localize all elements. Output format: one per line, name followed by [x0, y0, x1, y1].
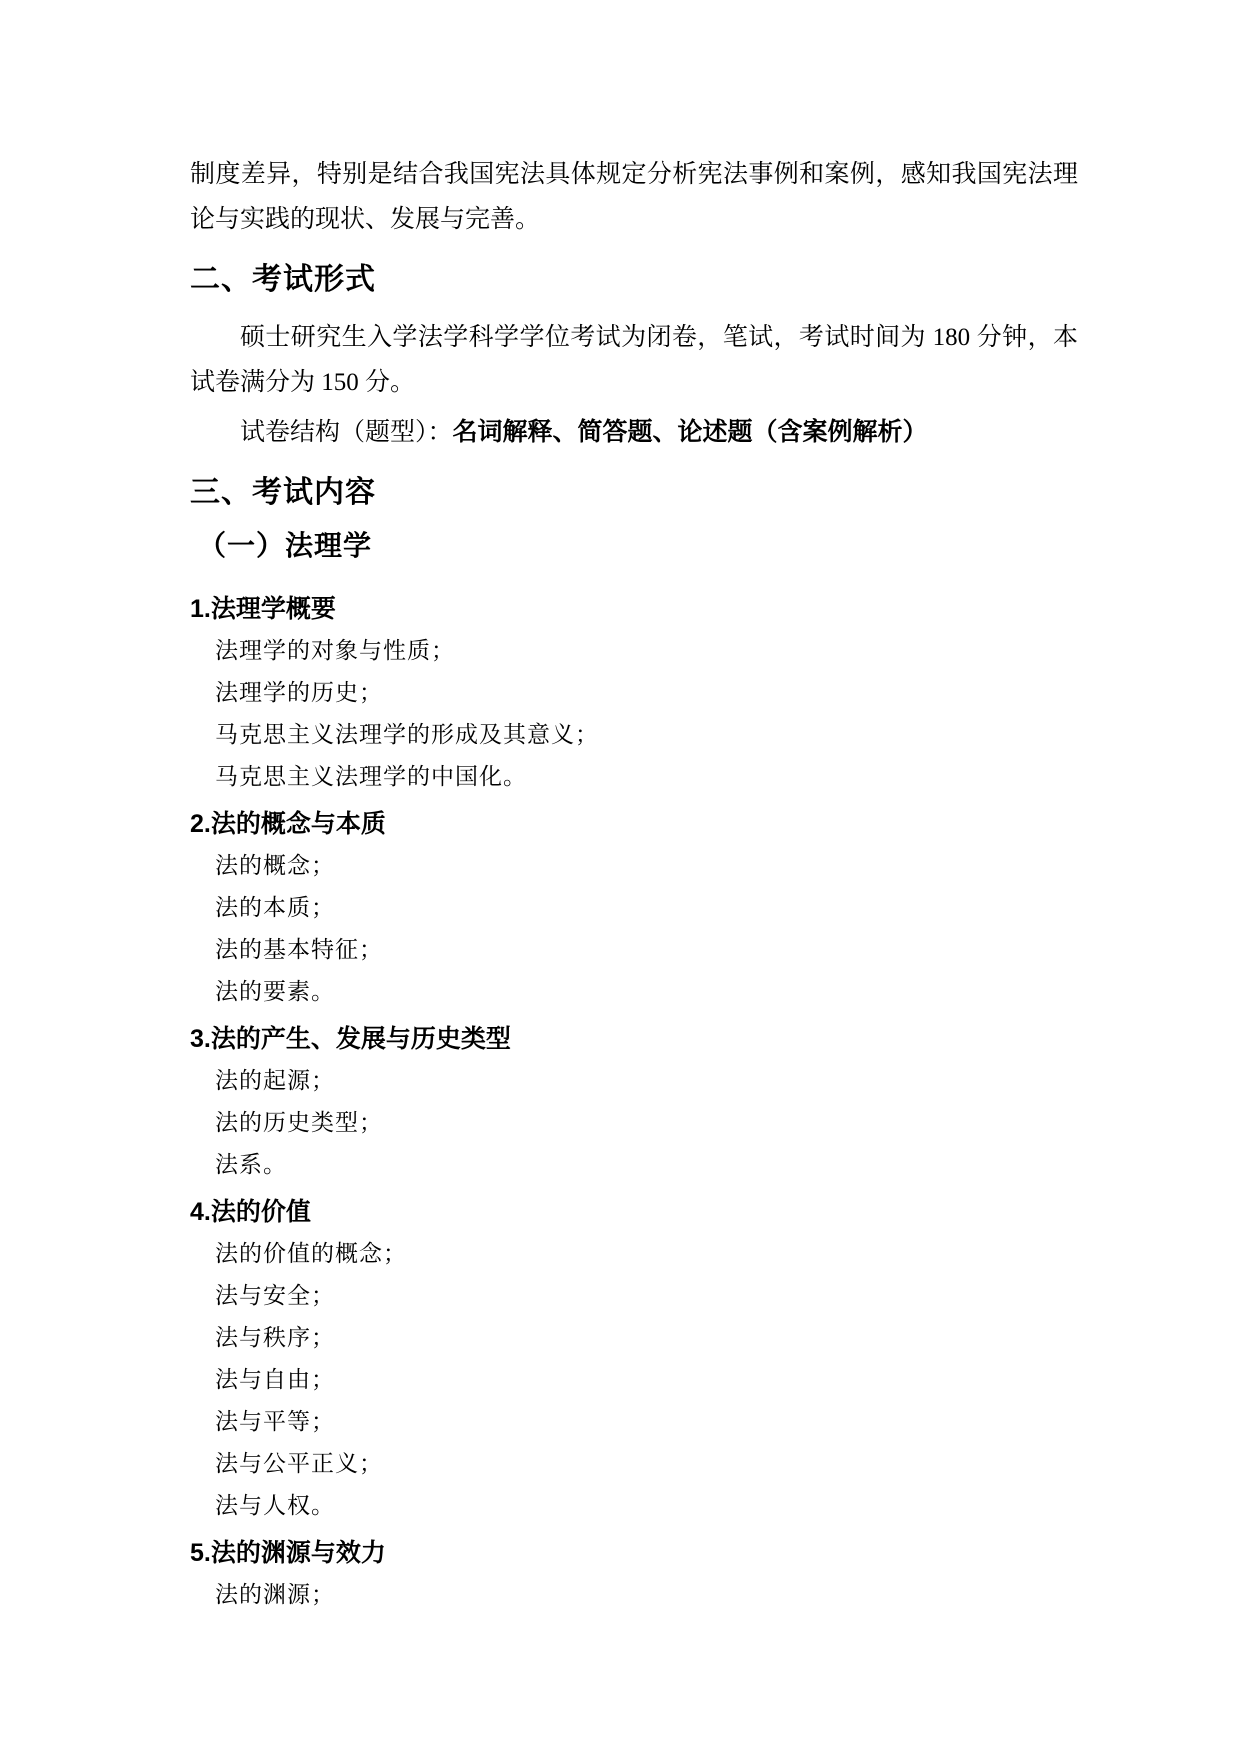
topic-section: 1.法理学概要 法理学的对象与性质；法理学的历史；马克思主义法理学的形成及其意义…	[190, 588, 1078, 798]
topic-item: 法系。	[190, 1144, 1078, 1186]
topic-items: 法的渊源；	[190, 1574, 1078, 1616]
topic-item: 法的本质；	[190, 887, 1078, 929]
topic-item: 法的起源；	[190, 1060, 1078, 1102]
topic-items: 法的概念；法的本质；法的基本特征；法的要素。	[190, 845, 1078, 1013]
topic-item: 法与安全；	[190, 1275, 1078, 1317]
topic-title: 5.法的渊源与效力	[190, 1532, 1078, 1574]
topic-item: 法的要素。	[190, 971, 1078, 1013]
topic-item: 法与公平正义；	[190, 1443, 1078, 1485]
topic-item: 法与自由；	[190, 1359, 1078, 1401]
paper-structure-label: 试卷结构（题型）：	[240, 419, 453, 446]
topic-title: 3.法的产生、发展与历史类型	[190, 1018, 1078, 1060]
topic-item: 法的概念；	[190, 845, 1078, 887]
topic-title: 1.法理学概要	[190, 588, 1078, 630]
section-exam-form-heading: 二、考试形式	[190, 260, 1078, 299]
topic-title: 2.法的概念与本质	[190, 803, 1078, 845]
topic-item: 法与平等；	[190, 1401, 1078, 1443]
topic-items: 法的起源；法的历史类型；法系。	[190, 1060, 1078, 1186]
topic-item: 法的价值的概念；	[190, 1233, 1078, 1275]
paper-structure-line: 试卷结构（题型）：名词解释、简答题、论述题（含案例解析）	[190, 410, 1078, 455]
topic-section: 5.法的渊源与效力 法的渊源；	[190, 1532, 1078, 1616]
paper-structure-value: 名词解释、简答题、论述题（含案例解析）	[453, 418, 928, 446]
topic-item: 法与秩序；	[190, 1317, 1078, 1359]
section-exam-content-heading: 三、考试内容	[190, 473, 1078, 512]
topics-list: 1.法理学概要 法理学的对象与性质；法理学的历史；马克思主义法理学的形成及其意义…	[190, 588, 1078, 1616]
topic-item: 法的基本特征；	[190, 929, 1078, 971]
topic-item: 马克思主义法理学的中国化。	[190, 756, 1078, 798]
intro-paragraph: 制度差异，特别是结合我国宪法具体规定分析宪法事例和案例，感知我国宪法理论与实践的…	[190, 152, 1078, 242]
topic-items: 法的价值的概念；法与安全；法与秩序；法与自由；法与平等；法与公平正义；法与人权。	[190, 1233, 1078, 1527]
topic-section: 3.法的产生、发展与历史类型 法的起源；法的历史类型；法系。	[190, 1018, 1078, 1186]
topic-section: 2.法的概念与本质 法的概念；法的本质；法的基本特征；法的要素。	[190, 803, 1078, 1013]
topic-title: 4.法的价值	[190, 1191, 1078, 1233]
topic-item: 法的历史类型；	[190, 1102, 1078, 1144]
topic-items: 法理学的对象与性质；法理学的历史；马克思主义法理学的形成及其意义；马克思主义法理…	[190, 630, 1078, 798]
subsection-jurisprudence-heading: （一）法理学	[198, 528, 1078, 564]
topic-item: 法理学的对象与性质；	[190, 630, 1078, 672]
topic-item: 法的渊源；	[190, 1574, 1078, 1616]
topic-item: 马克思主义法理学的形成及其意义；	[190, 714, 1078, 756]
topic-item: 法与人权。	[190, 1485, 1078, 1527]
topic-section: 4.法的价值 法的价值的概念；法与安全；法与秩序；法与自由；法与平等；法与公平正…	[190, 1191, 1078, 1527]
document-page: 制度差异，特别是结合我国宪法具体规定分析宪法事例和案例，感知我国宪法理论与实践的…	[0, 0, 1240, 1754]
exam-form-paragraph: 硕士研究生入学法学科学学位考试为闭卷，笔试，考试时间为 180 分钟，本试卷满分…	[190, 315, 1078, 405]
topic-item: 法理学的历史；	[190, 672, 1078, 714]
